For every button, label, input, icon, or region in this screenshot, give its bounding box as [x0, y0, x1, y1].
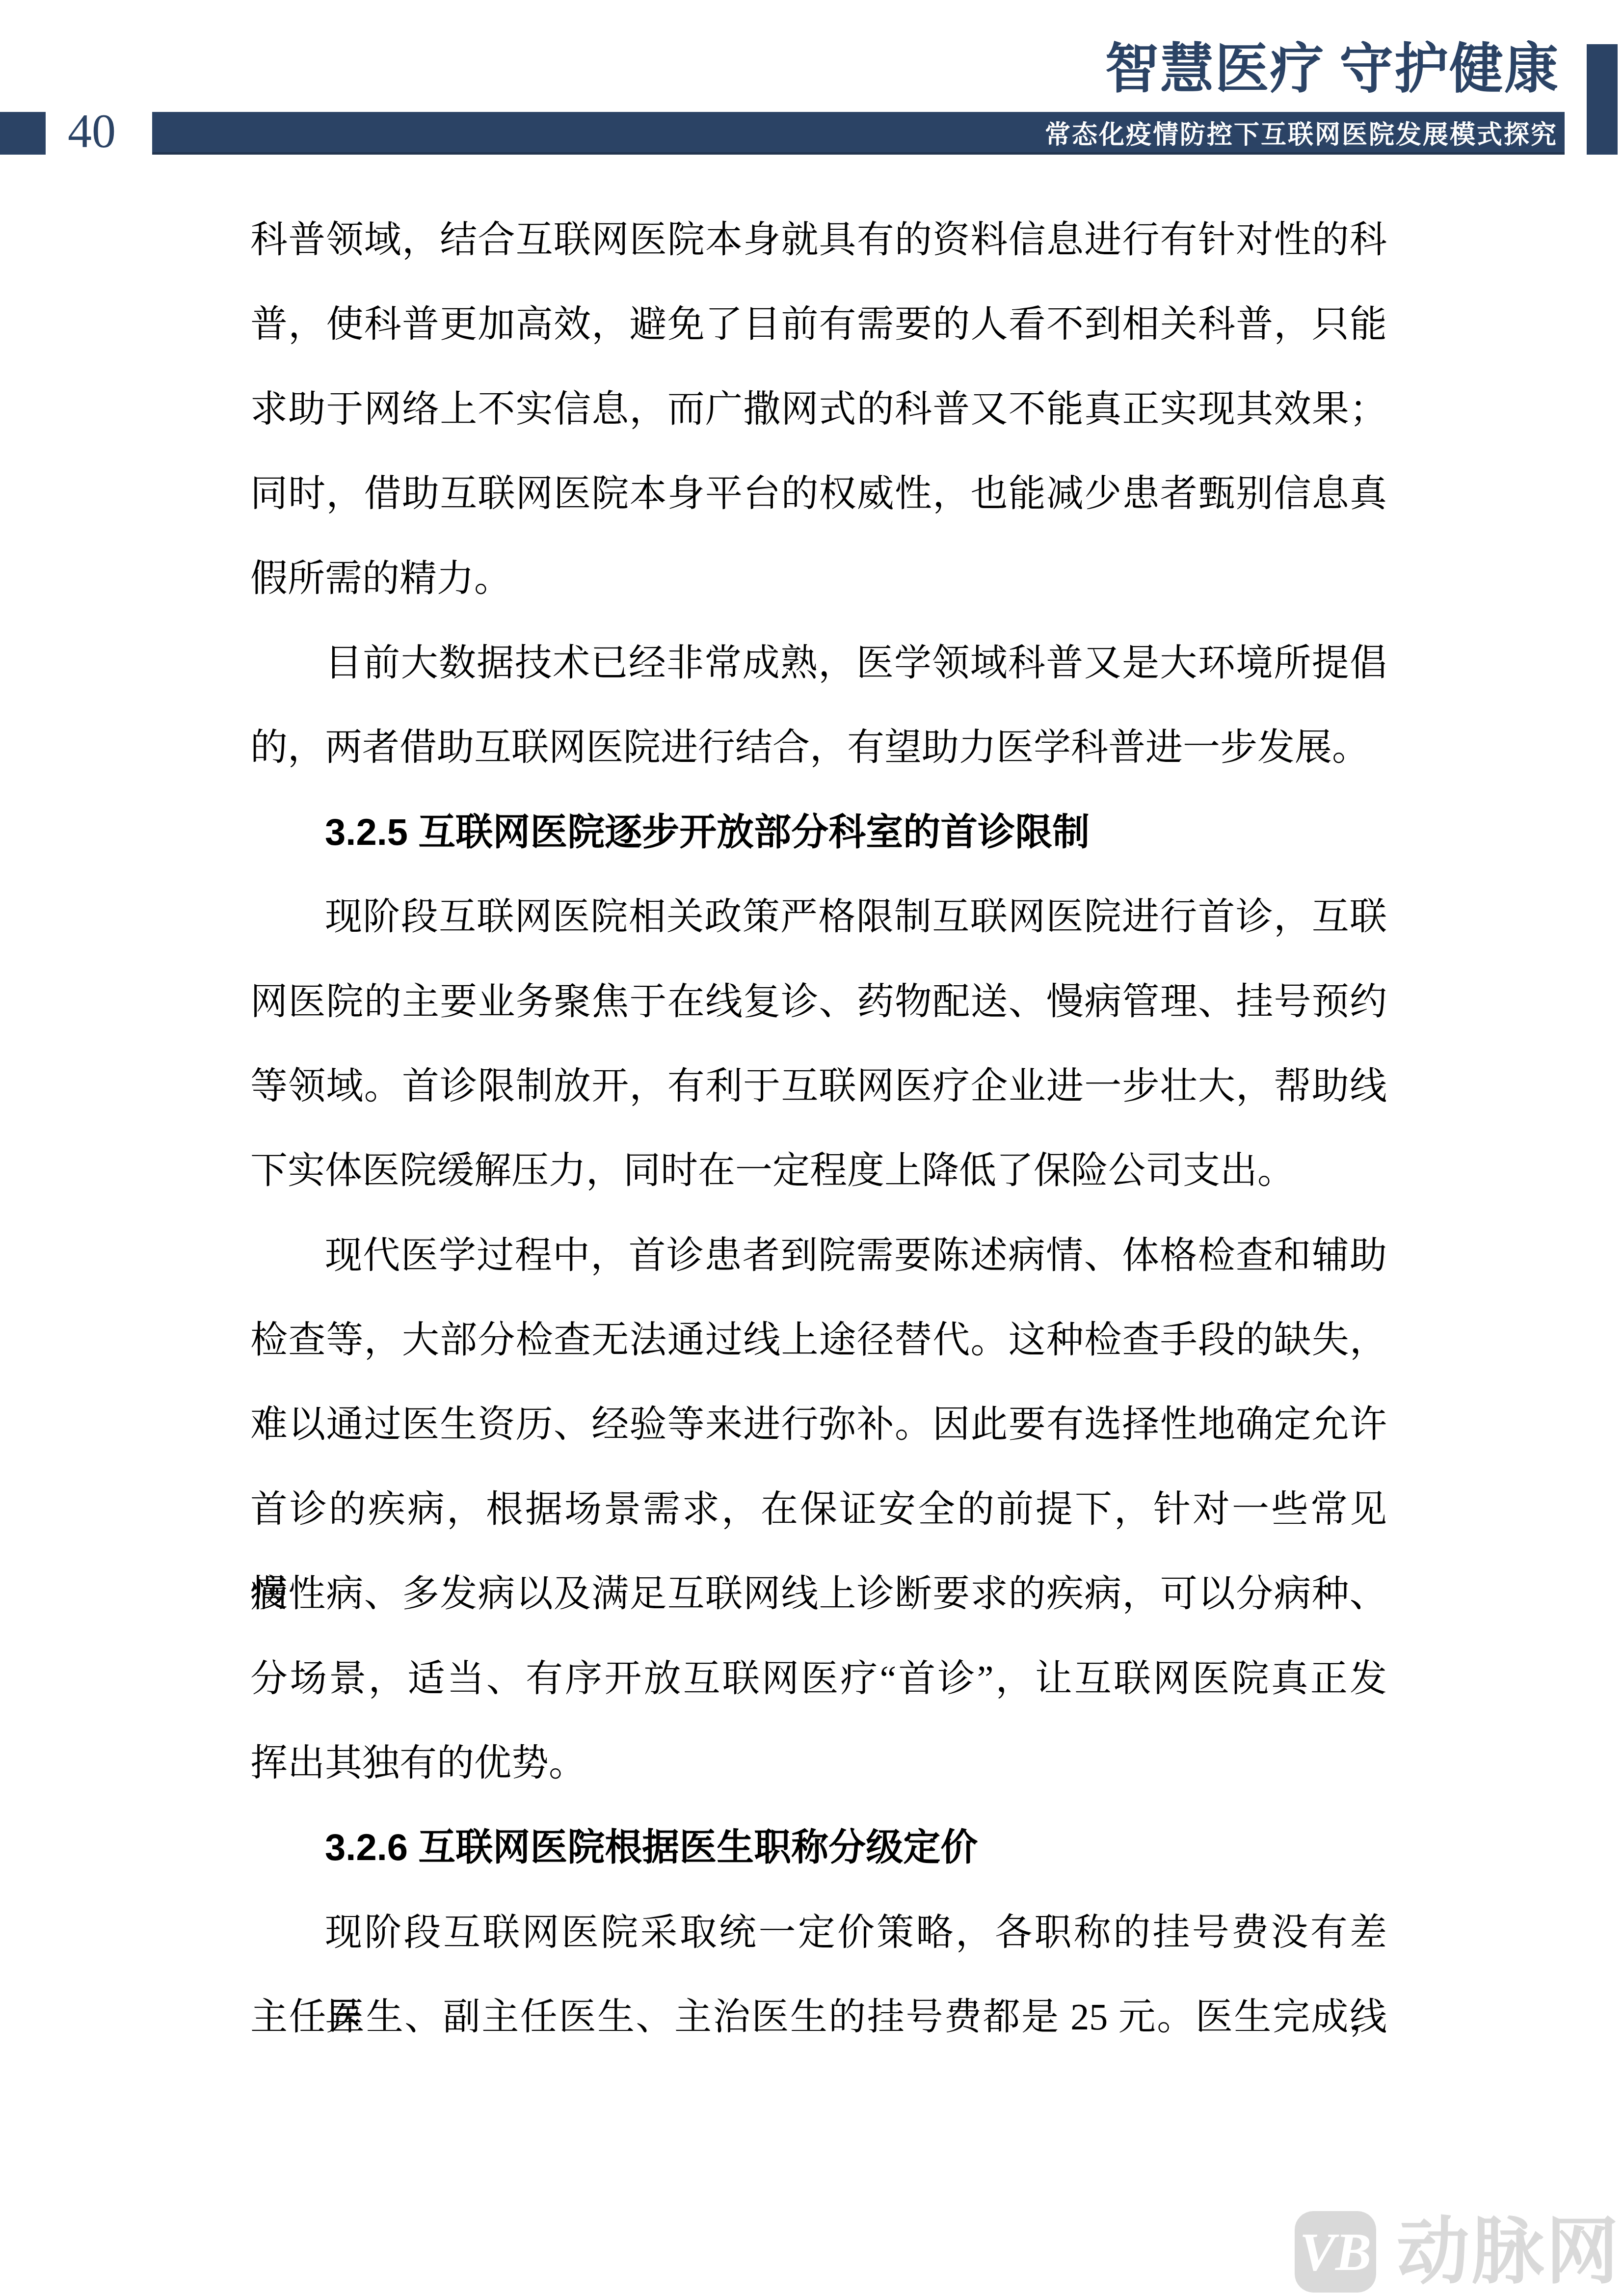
text-line: 慢性病、多发病以及满足互联网线上诊断要求的疾病，可以分病种、: [250, 1552, 1387, 1636]
text-line: 等领域。首诊限制放开，有利于互联网医疗企业进一步壮大，帮助线: [250, 1044, 1387, 1129]
text-line: 首诊的疾病，根据场景需求，在保证安全的前提下，针对一些常见病、: [250, 1467, 1387, 1552]
text-line: 难以通过医生资历、经验等来进行弥补。因此要有选择性地确定允许: [250, 1382, 1387, 1467]
header-corner-square: [0, 112, 46, 155]
watermark-logo-badge: VB: [1295, 2211, 1376, 2293]
text-line: 检查等，大部分检查无法通过线上途径替代。这种检查手段的缺失，: [250, 1298, 1387, 1382]
header-accent-bar: [1587, 44, 1618, 155]
text-line: 的，两者借助互联网医院进行结合，有望助力医学科普进一步发展。: [250, 705, 1387, 790]
text-line: 下实体医院缓解压力，同时在一定程度上降低了保险公司支出。: [250, 1129, 1387, 1213]
text-line: 主任医生、副主任医生、主治医生的挂号费都是 25 元。医生完成线: [250, 1975, 1387, 2059]
text-line: 科普领域，结合互联网医院本身就具有的资料信息进行有针对性的科: [250, 198, 1387, 282]
text-line: 现阶段互联网医院采取统一定价策略，各职称的挂号费没有差异，: [250, 1891, 1387, 1975]
document-body: 科普领域，结合互联网医院本身就具有的资料信息进行有针对性的科普，使科普更加高效，…: [250, 198, 1387, 2060]
text-line: 分场景，适当、有序开放互联网医疗“首诊”，让互联网医院真正发: [250, 1637, 1387, 1721]
text-line: 现代医学过程中，首诊患者到院需要陈述病情、体格检查和辅助: [250, 1214, 1387, 1298]
text-line: 普，使科普更加高效，避免了目前有需要的人看不到相关科普，只能: [250, 282, 1387, 367]
text-line: 目前大数据技术已经非常成熟，医学领域科普又是大环境所提倡: [250, 621, 1387, 705]
text-line: 现阶段互联网医院相关政策严格限制互联网医院进行首诊，互联: [250, 875, 1387, 959]
header-subtitle: 常态化疫情防控下互联网医院发展模式探究: [1045, 114, 1558, 151]
text-line: 假所需的精力。: [250, 537, 1387, 621]
watermark-brand-text: 动脉网: [1397, 2211, 1621, 2293]
section-heading: 3.2.5 互联网医院逐步开放部分科室的首诊限制: [250, 790, 1387, 875]
text-line: 网医院的主要业务聚焦于在线复诊、药物配送、慢病管理、挂号预约: [250, 960, 1387, 1044]
text-line: 同时，借助互联网医院本身平台的权威性，也能减少患者甄别信息真: [250, 452, 1387, 536]
section-heading: 3.2.6 互联网医院根据医生职称分级定价: [250, 1806, 1387, 1890]
header-title: 智慧医疗 守护健康: [1105, 39, 1560, 99]
header-subtitle-bar: 常态化疫情防控下互联网医院发展模式探究: [152, 112, 1565, 155]
page-number: 40: [68, 104, 116, 158]
text-line: 挥出其独有的优势。: [250, 1721, 1387, 1806]
watermark-logo: VB: [1300, 2221, 1372, 2283]
document-page: 40 智慧医疗 守护健康 常态化疫情防控下互联网医院发展模式探究 科普领域，结合…: [0, 0, 1623, 2296]
text-line: 求助于网络上不实信息，而广撒网式的科普又不能真正实现其效果；: [250, 367, 1387, 452]
